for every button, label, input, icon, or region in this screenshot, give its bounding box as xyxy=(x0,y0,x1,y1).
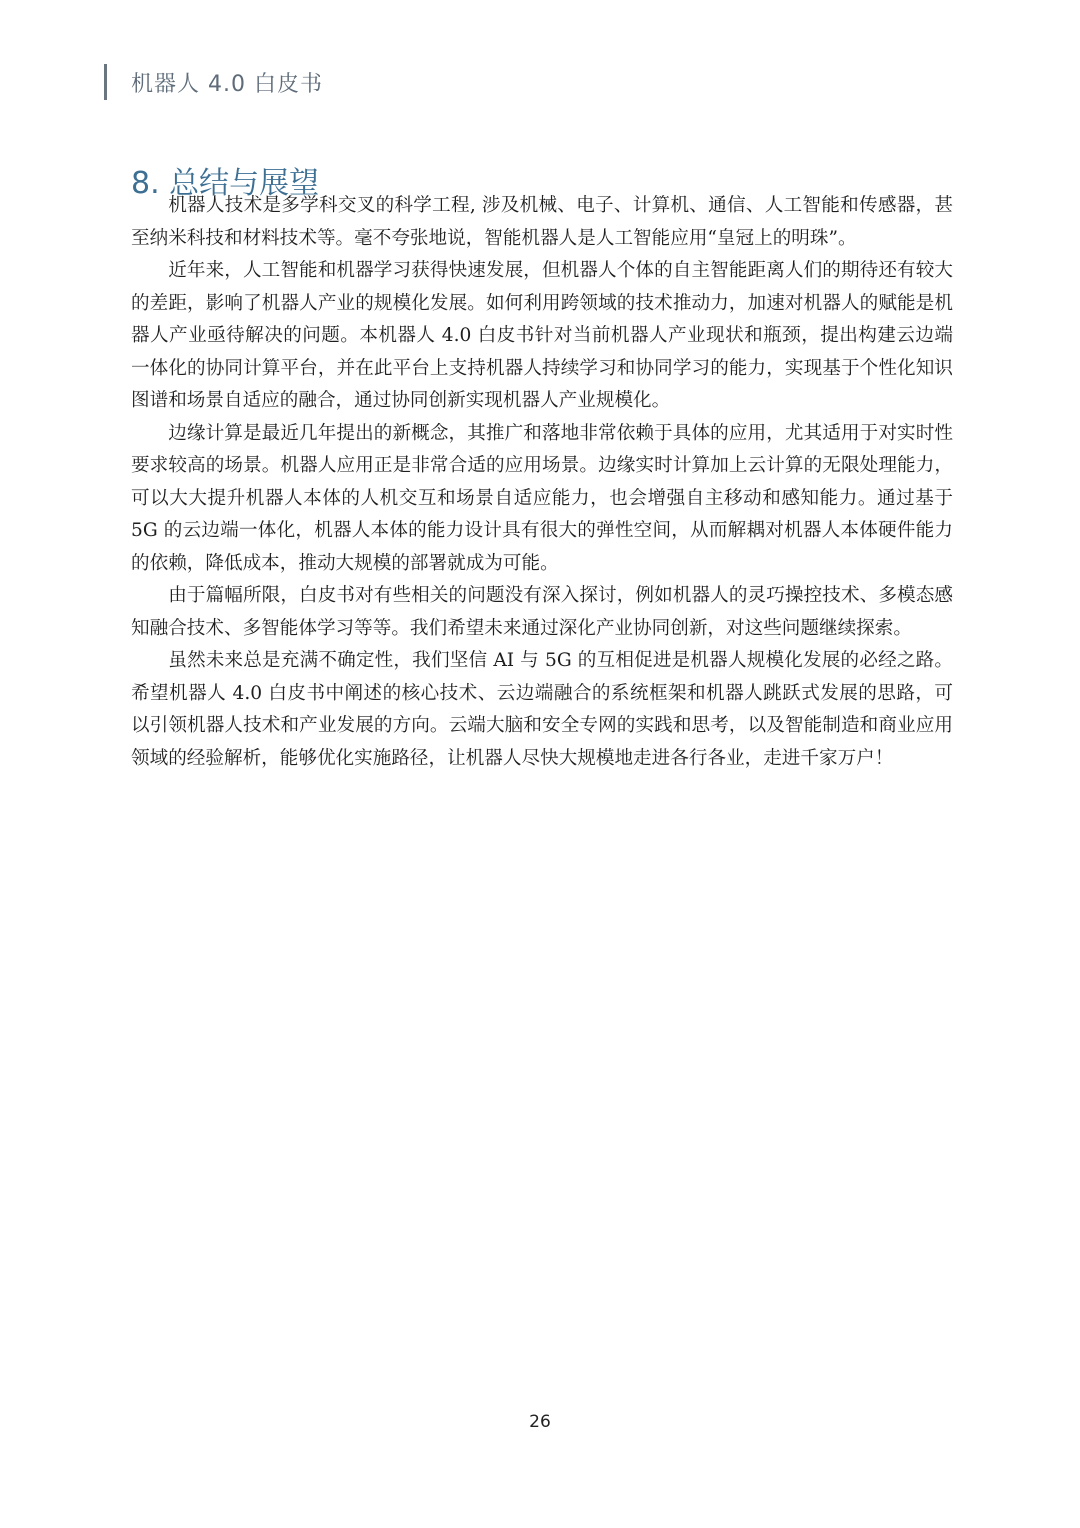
paragraph-1: 机器人技术是多学科交叉的科学工程, 涉及机械、电子、计算机、通信、人工智能和传感… xyxy=(131,190,953,255)
page-number: 26 xyxy=(0,1412,1080,1432)
paragraph-5: 虽然未来总是充满不确定性，我们坚信 AI 与 5G 的互相促进是机器人规模化发展… xyxy=(131,645,953,775)
header-divider-bar xyxy=(104,64,107,100)
paragraph-3: 边缘计算是最近几年提出的新概念，其推广和落地非常依赖于具体的应用，尤其适用于对实… xyxy=(131,418,953,581)
document-title: 机器人 4.0 白皮书 xyxy=(131,67,323,98)
section-body: 机器人技术是多学科交叉的科学工程, 涉及机械、电子、计算机、通信、人工智能和传感… xyxy=(131,190,953,775)
paragraph-4: 由于篇幅所限，白皮书对有些相关的问题没有深入探讨，例如机器人的灵巧操控技术、多模… xyxy=(131,580,953,645)
running-header: 机器人 4.0 白皮书 xyxy=(104,64,323,100)
paragraph-2: 近年来，人工智能和机器学习获得快速发展，但机器人个体的自主智能距离人们的期待还有… xyxy=(131,255,953,418)
